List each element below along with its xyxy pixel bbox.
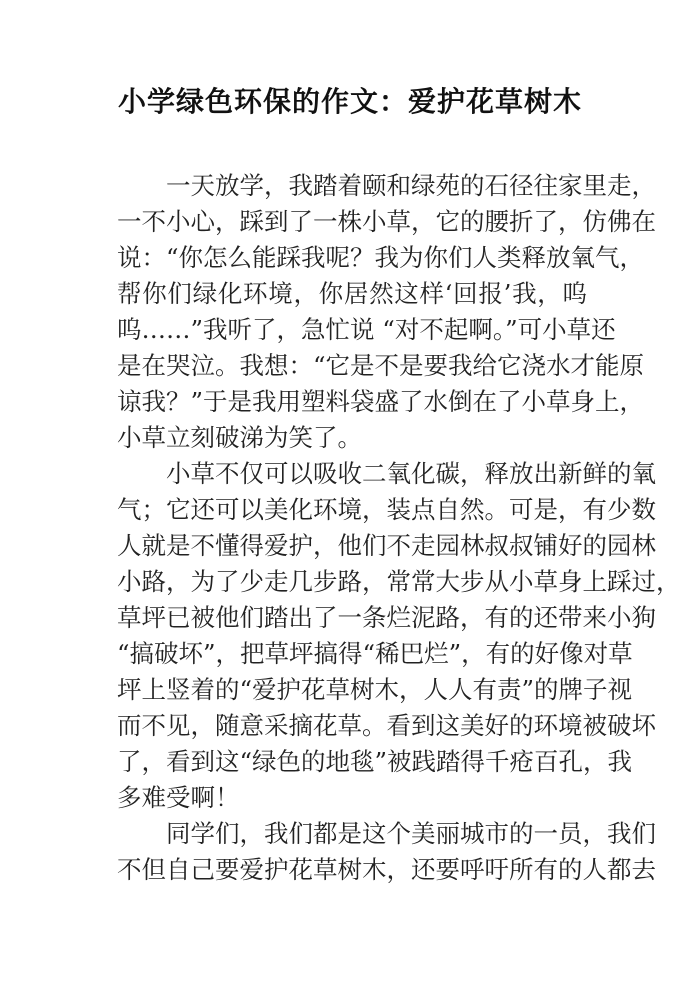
- text-line: 呜……”我听了，急忙说 “对不起啊。”可小草还: [117, 312, 587, 348]
- text-line: 坪上竖着的“爱护花草树木，人人有责”的牌子视: [117, 672, 587, 708]
- paragraph-1: 一天放学，我踏着颐和绿苑的石径往家里走， 一不小心，踩到了一株小草，它的腰折了，…: [117, 168, 587, 456]
- paragraph-2: 小草不仅可以吸收二氧化碳，释放出新鲜的氧 气；它还可以美化环境，装点自然。可是，…: [117, 456, 587, 816]
- text-line: 小草不仅可以吸收二氧化碳，释放出新鲜的氧: [117, 456, 587, 492]
- text-line: 帮你们绿化环境，你居然这样‘回报’我，呜: [117, 276, 587, 312]
- essay-body: 一天放学，我踏着颐和绿苑的石径往家里走， 一不小心，踩到了一株小草，它的腰折了，…: [117, 168, 587, 888]
- text-line: 是在哭泣。我想：“它是不是要我给它浇水才能原: [117, 348, 587, 384]
- text-line: 一天放学，我踏着颐和绿苑的石径往家里走，: [117, 168, 587, 204]
- text-line: 同学们，我们都是这个美丽城市的一员，我们: [117, 816, 587, 852]
- paragraph-3: 同学们，我们都是这个美丽城市的一员，我们 不但自己要爱护花草树木，还要呼吁所有的…: [117, 816, 587, 888]
- text-line: 而不见，随意采摘花草。看到这美好的环境被破坏: [117, 708, 587, 744]
- text-line: 小草立刻破涕为笑了。: [117, 420, 587, 456]
- text-line: 人就是不懂得爱护，他们不走园林叔叔铺好的园林: [117, 528, 587, 564]
- document-page: 小学绿色环保的作文：爱护花草树木 一天放学，我踏着颐和绿苑的石径往家里走， 一不…: [0, 0, 700, 989]
- text-line: 了，看到这“绿色的地毯”被践踏得千疮百孔，我: [117, 744, 587, 780]
- text-line: 多难受啊！: [117, 780, 587, 816]
- essay-title: 小学绿色环保的作文：爱护花草树木: [0, 82, 700, 122]
- text-line: 小路，为了少走几步路，常常大步从小草身上踩过，: [117, 564, 587, 600]
- text-line: 说：“你怎么能踩我呢？我为你们人类释放氧气，: [117, 240, 587, 276]
- text-line: 谅我？”于是我用塑料袋盛了水倒在了小草身上，: [117, 384, 587, 420]
- text-line: 不但自己要爱护花草树木，还要呼吁所有的人都去: [117, 852, 587, 888]
- text-line: 一不小心，踩到了一株小草，它的腰折了，仿佛在: [117, 204, 587, 240]
- text-line: “搞破坏”，把草坪搞得“稀巴烂”，有的好像对草: [117, 636, 587, 672]
- text-line: 草坪已被他们踏出了一条烂泥路，有的还带来小狗: [117, 600, 587, 636]
- text-line: 气；它还可以美化环境，装点自然。可是，有少数: [117, 492, 587, 528]
